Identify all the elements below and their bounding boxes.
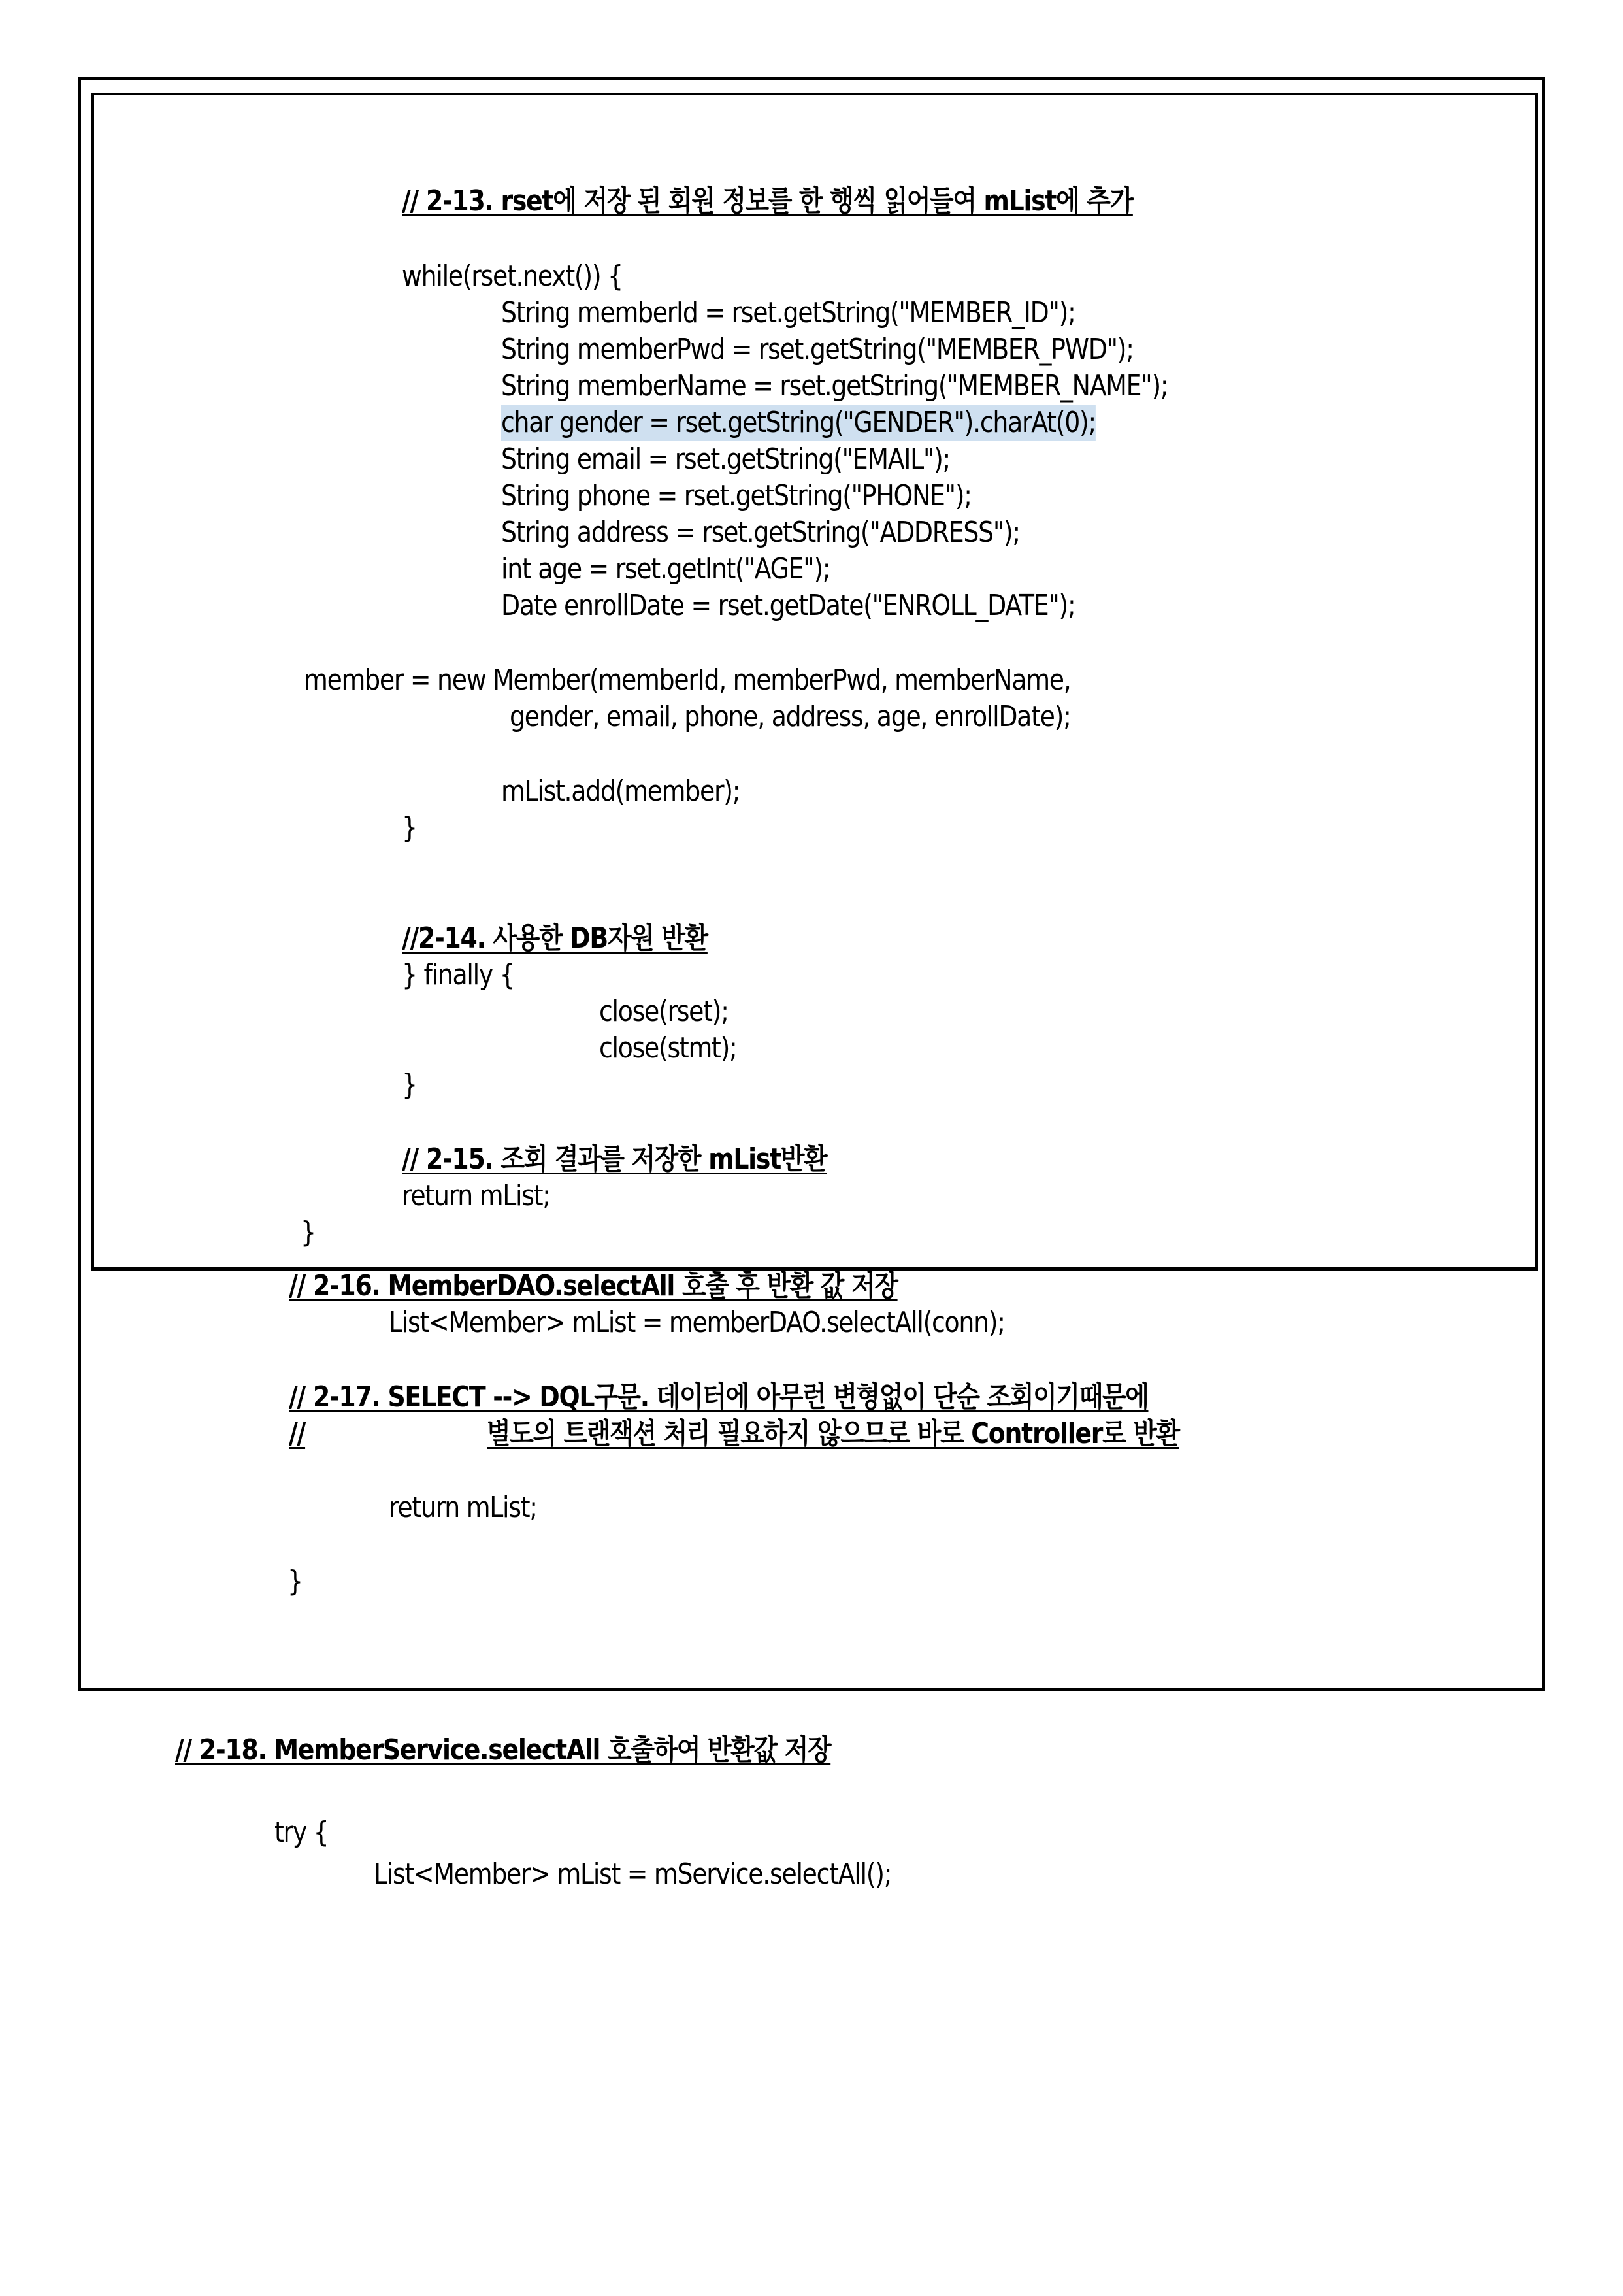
member-new-line2: gender, email, phone, address, age, enro… xyxy=(510,699,1071,735)
close-stmt: close(stmt); xyxy=(599,1030,737,1067)
mlist-add: mList.add(member); xyxy=(501,773,740,810)
comment-2-14: //2-14. 사용한 DB자원 반환 xyxy=(402,920,708,957)
return-mlist-dao: return mList; xyxy=(402,1178,550,1214)
stmt-address: String address = rset.getString("ADDRESS… xyxy=(501,514,1020,551)
stmt-enroll-date: Date enrollDate = rset.getDate("ENROLL_D… xyxy=(501,588,1075,624)
comment-2-17-line1: // 2-17. SELECT --> DQL구문. 데이터에 아무런 변형없이… xyxy=(289,1379,1148,1416)
stmt-age: int age = rset.getInt("AGE"); xyxy=(501,551,830,588)
finally-open: } finally { xyxy=(402,957,514,993)
comment-2-17-line2: 별도의 트랜잭션 처리 필요하지 않으므로 바로 Controller로 반환 xyxy=(487,1416,1179,1452)
comment-2-16: // 2-16. MemberDAO.selectAll 호출 후 반환 값 저… xyxy=(289,1268,898,1305)
comment-2-15: // 2-15. 조회 결과를 저장한 mList반환 xyxy=(402,1141,827,1178)
comment-2-17-prefix: // xyxy=(289,1416,305,1452)
close-rset: close(rset); xyxy=(599,993,729,1030)
stmt-member-name: String memberName = rset.getString("MEMB… xyxy=(501,368,1168,405)
controller-list-assign: List<Member> mList = mService.selectAll(… xyxy=(374,1856,891,1893)
while-open: while(rset.next()) { xyxy=(402,258,623,295)
finally-close: } xyxy=(402,1067,417,1103)
while-close: } xyxy=(402,810,417,846)
stmt-gender-highlighted: char gender = rset.getString("GENDER").c… xyxy=(501,405,1096,441)
stmt-phone: String phone = rset.getString("PHONE"); xyxy=(501,478,972,514)
stmt-member-pwd: String memberPwd = rset.getString("MEMBE… xyxy=(501,331,1134,368)
member-new-line1: member = new Member(memberId, memberPwd,… xyxy=(304,662,1071,699)
comment-2-18: // 2-18. MemberService.selectAll 호출하여 반환… xyxy=(175,1732,830,1769)
service-list-assign: List<Member> mList = memberDAO.selectAll… xyxy=(389,1305,1005,1341)
stmt-member-id: String memberId = rset.getString("MEMBER… xyxy=(501,295,1075,331)
comment-2-13: // 2-13. rset에 저장 된 회원 정보를 한 행씩 읽어들여 mLi… xyxy=(402,183,1133,220)
stmt-email: String email = rset.getString("EMAIL"); xyxy=(501,441,950,478)
service-method-close: } xyxy=(287,1563,303,1600)
dao-method-close: } xyxy=(301,1214,316,1251)
try-open: try { xyxy=(274,1814,328,1851)
return-mlist-service: return mList; xyxy=(389,1489,537,1526)
